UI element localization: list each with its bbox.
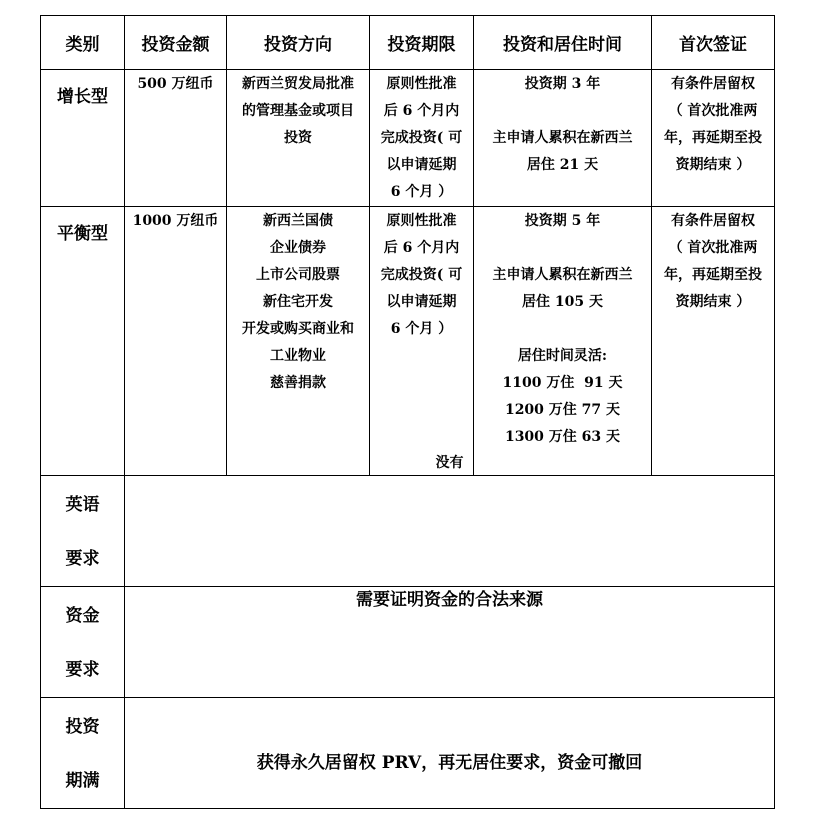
flexible-option: 1300 万住 63 天 — [474, 424, 651, 451]
english-requirement-value: 没有 — [125, 452, 774, 472]
direction-line: 企业债券 — [227, 235, 369, 262]
header-category: 类别 — [41, 16, 125, 70]
header-direction: 投资方向 — [227, 16, 370, 70]
visa-line: 有条件居留权 — [652, 208, 774, 235]
period-line: 后 6 个月内 — [370, 98, 473, 125]
direction-line: 新住宅开发 — [227, 289, 369, 316]
amount-cell: 1000 万纽币 — [125, 207, 227, 476]
direction-line: 工业物业 — [227, 343, 369, 370]
header-residence: 投资和居住时间 — [474, 16, 652, 70]
row-label-line: 投资 — [41, 700, 124, 754]
header-amount: 投资金额 — [125, 16, 227, 70]
direction-line: 新西兰贸发局批准 — [227, 71, 369, 98]
residence-days: 居住 21 天 — [474, 152, 651, 179]
direction-line: 的管理基金或项目 — [227, 98, 369, 125]
spacer — [474, 235, 651, 262]
visa-line: （ 首次批准两 — [652, 235, 774, 262]
table-row-fund-requirement: 资金 要求 需要证明资金的合法来源 — [41, 587, 775, 698]
flexible-option: 1100 万住 91 天 — [474, 370, 651, 397]
row-label-line: 资金 — [41, 589, 124, 643]
category-cell: 增长型 — [41, 70, 125, 207]
residence-requirement: 主申请人累积在新西兰 — [474, 262, 651, 289]
header-row: 类别 投资金额 投资方向 投资期限 投资和居住时间 首次签证 — [41, 16, 775, 70]
row-value-cell: 获得永久居留权 PRV，再无居住要求，资金可撤回 — [125, 698, 775, 809]
row-label-line: 英语 — [41, 478, 124, 532]
table-row-balanced: 平衡型 1000 万纽币 新西兰国债 企业债券 上市公司股票 新住宅开发 开发或… — [41, 207, 775, 476]
direction-cell: 新西兰贸发局批准 的管理基金或项目 投资 — [227, 70, 370, 207]
row-value-cell: 没有 — [125, 476, 775, 587]
period-line: 原则性批准 — [370, 208, 473, 235]
period-line: 6 个月 ） — [370, 179, 473, 206]
period-line: 后 6 个月内 — [370, 235, 473, 262]
flexible-residence-title: 居住时间灵活: — [474, 343, 651, 370]
period-line: 原则性批准 — [370, 71, 473, 98]
direction-line: 上市公司股票 — [227, 262, 369, 289]
investment-years: 投资期 5 年 — [474, 208, 651, 235]
row-label-line: 要求 — [41, 532, 124, 586]
row-label-cell: 资金 要求 — [41, 587, 125, 698]
direction-line: 新西兰国债 — [227, 208, 369, 235]
residence-requirement: 主申请人累积在新西兰 — [474, 125, 651, 152]
amount-value: 1000 万纽币 — [125, 208, 226, 235]
direction-line: 投资 — [227, 125, 369, 152]
row-label-cell: 英语 要求 — [41, 476, 125, 587]
row-label-cell: 投资 期满 — [41, 698, 125, 809]
flexible-option: 1200 万住 77 天 — [474, 397, 651, 424]
first-visa-cell: 有条件居留权 （ 首次批准两 年，再延期至投 资期结束 ） — [652, 207, 775, 476]
table-row-english-requirement: 英语 要求 没有 — [41, 476, 775, 587]
visa-line: （ 首次批准两 — [652, 98, 774, 125]
visa-line: 年，再延期至投 — [652, 125, 774, 152]
row-value-cell: 需要证明资金的合法来源 — [125, 587, 775, 698]
visa-line: 有条件居留权 — [652, 71, 774, 98]
investment-maturity-value: 获得永久居留权 PRV，再无居住要求，资金可撤回 — [125, 748, 774, 773]
visa-line: 年，再延期至投 — [652, 262, 774, 289]
visa-line: 资期结束 ） — [652, 152, 774, 179]
amount-cell: 500 万纽币 — [125, 70, 227, 207]
table-row-investment-maturity: 投资 期满 获得永久居留权 PRV，再无居住要求，资金可撤回 — [41, 698, 775, 809]
category-label: 平衡型 — [57, 224, 108, 244]
period-line: 完成投资( 可 — [370, 125, 473, 152]
direction-cell: 新西兰国债 企业债券 上市公司股票 新住宅开发 开发或购买商业和 工业物业 慈善… — [227, 207, 370, 476]
direction-line: 慈善捐款 — [227, 370, 369, 397]
direction-line: 开发或购买商业和 — [227, 316, 369, 343]
first-visa-cell: 有条件居留权 （ 首次批准两 年，再延期至投 资期结束 ） — [652, 70, 775, 207]
residence-cell: 投资期 3 年 主申请人累积在新西兰 居住 21 天 — [474, 70, 652, 207]
period-line: 6 个月 ） — [370, 316, 473, 343]
visa-line: 资期结束 ） — [652, 289, 774, 316]
residence-days: 居住 105 天 — [474, 289, 651, 316]
row-label-line: 期满 — [41, 754, 124, 808]
category-label: 增长型 — [57, 87, 108, 107]
period-line: 以申请延期 — [370, 152, 473, 179]
table-row-growth: 增长型 500 万纽币 新西兰贸发局批准 的管理基金或项目 投资 原则性批准 后… — [41, 70, 775, 207]
period-cell: 原则性批准 后 6 个月内 完成投资( 可 以申请延期 6 个月 ） — [370, 207, 474, 476]
category-cell: 平衡型 — [41, 207, 125, 476]
amount-value: 500 万纽币 — [125, 71, 226, 98]
residence-cell: 投资期 5 年 主申请人累积在新西兰 居住 105 天 居住时间灵活: 1100… — [474, 207, 652, 476]
period-line: 完成投资( 可 — [370, 262, 473, 289]
spacer — [474, 316, 651, 343]
investor-visa-comparison-table: 类别 投资金额 投资方向 投资期限 投资和居住时间 首次签证 增长型 500 万… — [40, 15, 775, 809]
period-cell: 原则性批准 后 6 个月内 完成投资( 可 以申请延期 6 个月 ） — [370, 70, 474, 207]
row-label-line: 要求 — [41, 643, 124, 697]
investment-years: 投资期 3 年 — [474, 71, 651, 98]
period-line: 以申请延期 — [370, 289, 473, 316]
header-first-visa: 首次签证 — [652, 16, 775, 70]
fund-requirement-value: 需要证明资金的合法来源 — [125, 585, 774, 610]
spacer — [474, 98, 651, 125]
header-period: 投资期限 — [370, 16, 474, 70]
